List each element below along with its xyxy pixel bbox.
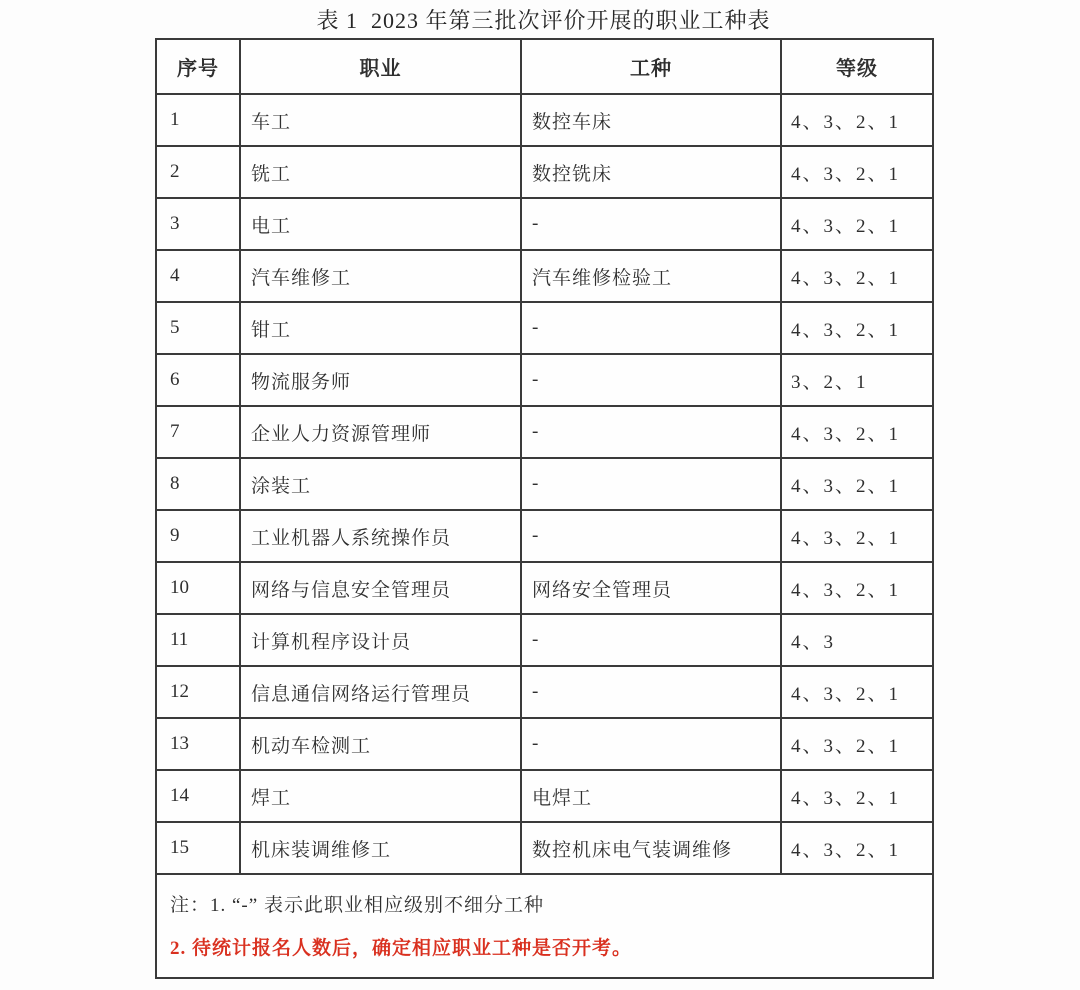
cell-levels: 4、3、2、1 [781, 718, 933, 770]
cell-no: 12 [156, 666, 240, 718]
table-row: 7 企业人力资源管理师 - 4、3、2、1 [156, 406, 933, 458]
cell-trade: 汽车维修检验工 [521, 250, 781, 302]
table-body: 1 车工 数控车床 4、3、2、1 2 铣工 数控铣床 4、3、2、1 3 电工… [156, 94, 933, 978]
table-header: 序号 职业 工种 等级 [156, 39, 933, 94]
note-1: 注：1. “-” 表示此职业相应级别不细分工种 [170, 890, 918, 917]
table-row: 2 铣工 数控铣床 4、3、2、1 [156, 146, 933, 198]
cell-occupation: 钳工 [240, 302, 521, 354]
cell-occupation: 车工 [240, 94, 521, 146]
cell-levels: 4、3、2、1 [781, 406, 933, 458]
table-row: 14 焊工 电焊工 4、3、2、1 [156, 770, 933, 822]
cell-no: 9 [156, 510, 240, 562]
cell-levels: 4、3、2、1 [781, 510, 933, 562]
cell-trade: - [521, 406, 781, 458]
table-row: 6 物流服务师 - 3、2、1 [156, 354, 933, 406]
cell-occupation: 信息通信网络运行管理员 [240, 666, 521, 718]
cell-levels: 4、3 [781, 614, 933, 666]
cell-no: 4 [156, 250, 240, 302]
cell-levels: 4、3、2、1 [781, 94, 933, 146]
cell-no: 11 [156, 614, 240, 666]
cell-trade: - [521, 302, 781, 354]
cell-occupation: 物流服务师 [240, 354, 521, 406]
cell-no: 14 [156, 770, 240, 822]
cell-occupation: 工业机器人系统操作员 [240, 510, 521, 562]
table-row: 4 汽车维修工 汽车维修检验工 4、3、2、1 [156, 250, 933, 302]
cell-levels: 4、3、2、1 [781, 146, 933, 198]
notes-cell: 注：1. “-” 表示此职业相应级别不细分工种 2. 待统计报名人数后，确定相应… [156, 874, 933, 978]
cell-no: 10 [156, 562, 240, 614]
table-row: 9 工业机器人系统操作员 - 4、3、2、1 [156, 510, 933, 562]
cell-occupation: 网络与信息安全管理员 [240, 562, 521, 614]
cell-levels: 4、3、2、1 [781, 562, 933, 614]
cell-trade: 电焊工 [521, 770, 781, 822]
occupation-table: 序号 职业 工种 等级 1 车工 数控车床 4、3、2、1 2 铣工 数控铣床 … [155, 38, 934, 979]
cell-no: 15 [156, 822, 240, 874]
cell-trade: - [521, 198, 781, 250]
cell-no: 1 [156, 94, 240, 146]
cell-levels: 4、3、2、1 [781, 250, 933, 302]
cell-occupation: 电工 [240, 198, 521, 250]
page-title: 表 1 2023 年第三批次评价开展的职业工种表 [155, 4, 932, 35]
cell-trade: - [521, 510, 781, 562]
cell-levels: 3、2、1 [781, 354, 933, 406]
cell-no: 2 [156, 146, 240, 198]
cell-trade: 数控车床 [521, 94, 781, 146]
cell-levels: 4、3、2、1 [781, 302, 933, 354]
document-page: 表 1 2023 年第三批次评价开展的职业工种表 序号 职业 工种 等级 1 车… [0, 0, 1080, 990]
cell-levels: 4、3、2、1 [781, 198, 933, 250]
cell-occupation: 企业人力资源管理师 [240, 406, 521, 458]
cell-no: 3 [156, 198, 240, 250]
column-header-level: 等级 [781, 39, 933, 94]
table-row: 12 信息通信网络运行管理员 - 4、3、2、1 [156, 666, 933, 718]
cell-levels: 4、3、2、1 [781, 666, 933, 718]
column-header-trade: 工种 [521, 39, 781, 94]
table-row: 11 计算机程序设计员 - 4、3 [156, 614, 933, 666]
cell-no: 6 [156, 354, 240, 406]
cell-occupation: 涂装工 [240, 458, 521, 510]
cell-no: 7 [156, 406, 240, 458]
notes-row: 注：1. “-” 表示此职业相应级别不细分工种 2. 待统计报名人数后，确定相应… [156, 874, 933, 978]
table-row: 3 电工 - 4、3、2、1 [156, 198, 933, 250]
cell-occupation: 汽车维修工 [240, 250, 521, 302]
cell-no: 8 [156, 458, 240, 510]
cell-occupation: 铣工 [240, 146, 521, 198]
cell-trade: - [521, 614, 781, 666]
cell-trade: - [521, 718, 781, 770]
cell-trade: 数控铣床 [521, 146, 781, 198]
table-row: 13 机动车检测工 - 4、3、2、1 [156, 718, 933, 770]
cell-trade: - [521, 354, 781, 406]
column-header-occupation: 职业 [240, 39, 521, 94]
cell-no: 13 [156, 718, 240, 770]
table-row: 1 车工 数控车床 4、3、2、1 [156, 94, 933, 146]
cell-trade: 数控机床电气装调维修 [521, 822, 781, 874]
note-2: 2. 待统计报名人数后，确定相应职业工种是否开考。 [170, 933, 918, 960]
cell-occupation: 机床装调维修工 [240, 822, 521, 874]
cell-levels: 4、3、2、1 [781, 458, 933, 510]
column-header-no: 序号 [156, 39, 240, 94]
header-row: 序号 职业 工种 等级 [156, 39, 933, 94]
cell-no: 5 [156, 302, 240, 354]
cell-occupation: 机动车检测工 [240, 718, 521, 770]
cell-levels: 4、3、2、1 [781, 770, 933, 822]
cell-levels: 4、3、2、1 [781, 822, 933, 874]
cell-occupation: 焊工 [240, 770, 521, 822]
table-row: 8 涂装工 - 4、3、2、1 [156, 458, 933, 510]
table-row: 10 网络与信息安全管理员 网络安全管理员 4、3、2、1 [156, 562, 933, 614]
cell-trade: 网络安全管理员 [521, 562, 781, 614]
table-row: 15 机床装调维修工 数控机床电气装调维修 4、3、2、1 [156, 822, 933, 874]
cell-trade: - [521, 666, 781, 718]
cell-occupation: 计算机程序设计员 [240, 614, 521, 666]
table-row: 5 钳工 - 4、3、2、1 [156, 302, 933, 354]
cell-trade: - [521, 458, 781, 510]
